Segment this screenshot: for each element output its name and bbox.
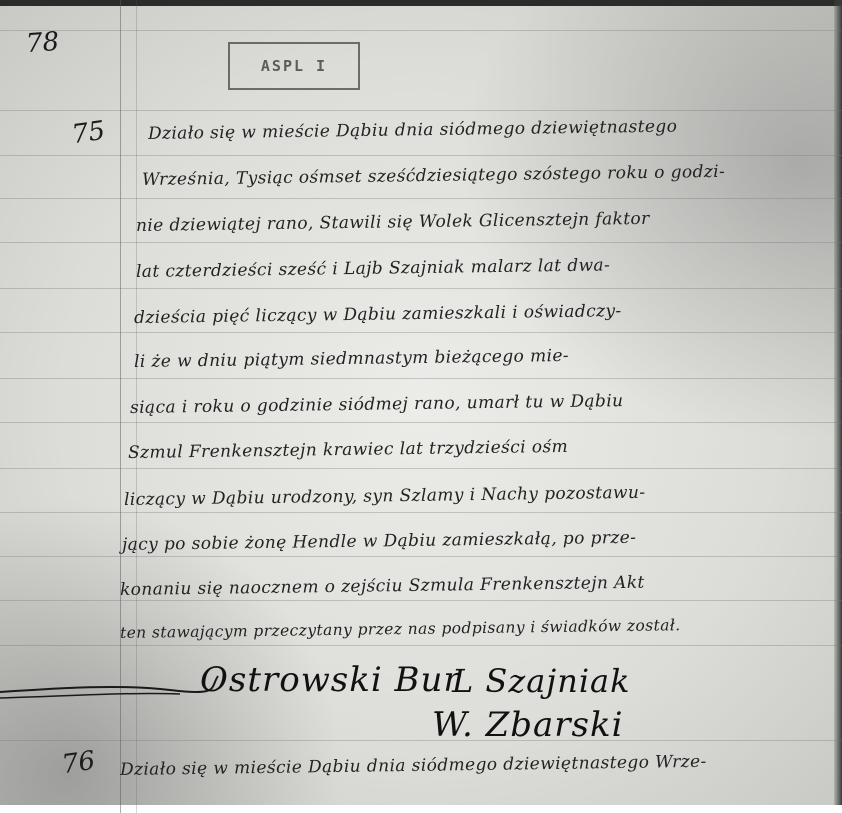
scan-right-edge	[834, 0, 842, 813]
ruled-line	[0, 422, 842, 423]
entry-text-line: Działo się w mieście Dąbiu dnia siódmego…	[120, 752, 707, 780]
entry-text-line: jący po sobie żonę Hendle w Dąbiu zamies…	[122, 528, 637, 555]
entry-text-line: lat czterdzieści sześć i Lajb Szajniak m…	[136, 255, 610, 282]
signature-witness: W. Zbarski	[432, 705, 623, 745]
archive-stamp: ASPL I	[228, 42, 360, 90]
signature-witness: L Szajniak	[452, 662, 631, 700]
scan-top-edge	[0, 0, 842, 6]
signature-flourish	[0, 670, 220, 700]
ruled-line	[0, 645, 842, 646]
page-number: 78	[25, 27, 60, 59]
entry-text-line: konaniu się naocznem o zejściu Szmula Fr…	[120, 573, 645, 600]
entry-text-line: Działo się w mieście Dąbiu dnia siódmego…	[148, 117, 678, 144]
ruled-line	[0, 468, 842, 469]
entry-text-line: dzieścia pięć liczący w Dąbiu zamieszkal…	[134, 301, 622, 328]
ruled-line	[0, 378, 842, 379]
entry-text-line: liczący w Dąbiu urodzony, syn Szlamy i N…	[124, 483, 646, 510]
entry-text-line: Szmul Frenkensztejn krawiec lat trzydzie…	[128, 437, 568, 463]
ruled-line	[0, 332, 842, 333]
entry-text-line: ten stawającym przeczytany przez nas pod…	[120, 616, 681, 642]
entry-number: 75	[70, 116, 107, 150]
ruled-line	[0, 600, 842, 601]
ruled-line	[0, 556, 842, 557]
entry-text-line: siąca i roku o godzinie siódmej rano, um…	[130, 391, 624, 418]
entry-text-line: nie dziewiątej rano, Stawili się Wolek G…	[136, 209, 650, 236]
ruled-line	[0, 110, 842, 111]
ruled-line	[0, 30, 842, 31]
scan-bottom-edge	[0, 805, 842, 813]
entry-text-line: Września, Tysiąc ośmset sześćdziesiątego…	[142, 162, 725, 190]
ruled-line	[0, 155, 842, 156]
ruled-line	[0, 740, 842, 741]
entry-number: 76	[60, 746, 97, 780]
entry-text-line: li że w dniu piątym siedmnastym bieżąceg…	[134, 346, 569, 372]
signature-official: Ostrowski Bur	[200, 660, 461, 700]
ruled-line	[0, 198, 842, 199]
ruled-line	[0, 242, 842, 243]
ruled-line	[0, 512, 842, 513]
scanned-register-page: 78 ASPL I 75 Działo się w mieście Dąbiu …	[0, 0, 842, 813]
ruled-line	[0, 288, 842, 289]
